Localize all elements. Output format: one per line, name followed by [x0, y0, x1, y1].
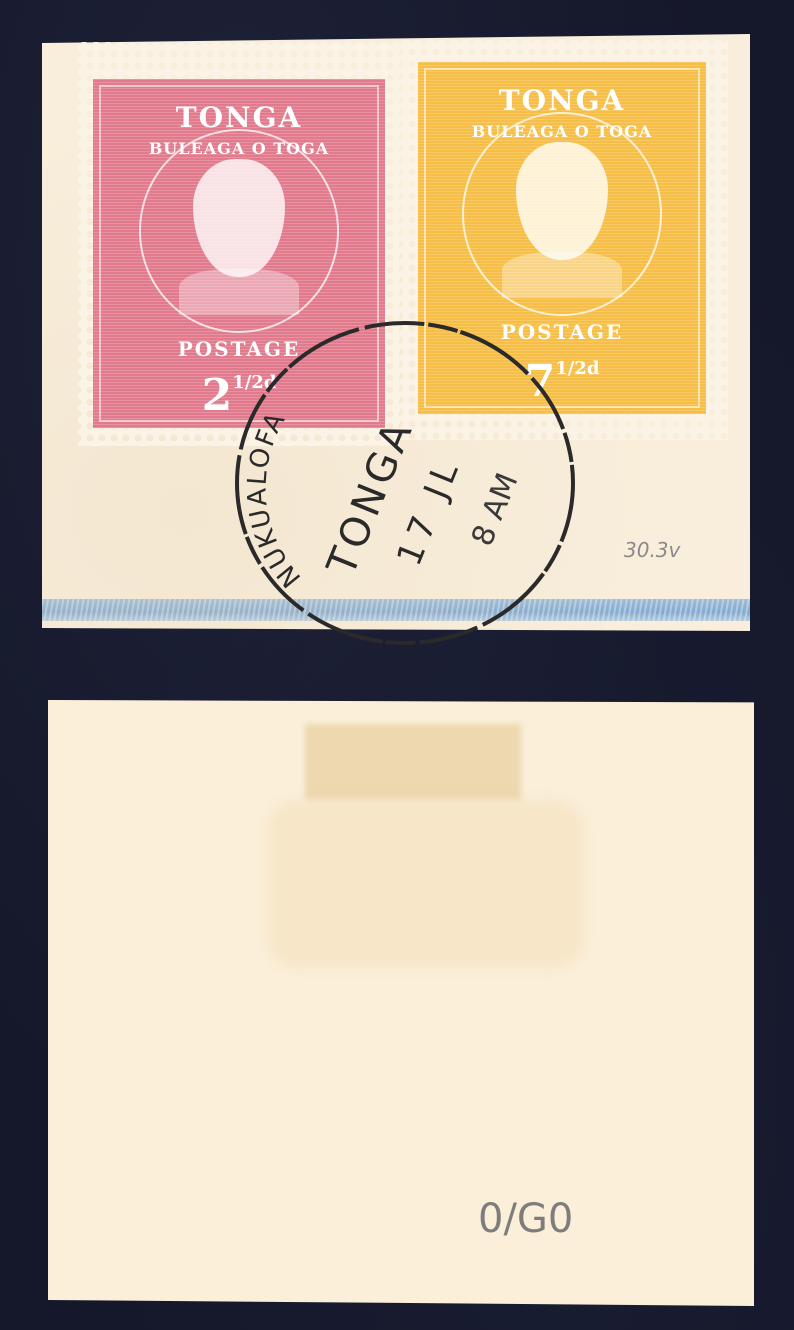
stamp-postage-label: POSTAGE — [418, 320, 706, 344]
stamp-value: 71/2d — [418, 360, 706, 404]
portrait-collar — [502, 252, 622, 298]
stamp-pink: TONGA BULEAGA O TOGA POSTAGE 21/2d — [78, 42, 400, 446]
pencil-note-front: 30.3v — [624, 538, 680, 562]
stamp-country: TONGA — [93, 101, 385, 134]
blue-crayon-line — [42, 599, 750, 621]
pencil-note-back: 0/G0 — [478, 1196, 573, 1242]
stamp-design: TONGA BULEAGA O TOGA POSTAGE 21/2d — [93, 79, 385, 428]
portrait-collar — [179, 269, 299, 315]
stamp-yellow: TONGA BULEAGA O TOGA POSTAGE 71/2d — [400, 40, 728, 440]
stamp-design: TONGA BULEAGA O TOGA POSTAGE 71/2d — [418, 62, 706, 414]
stamp-inscription: BULEAGA O TOGA — [418, 122, 706, 141]
stamp-value: 21/2d — [93, 374, 385, 418]
hinge-remnant — [305, 724, 521, 800]
stamp-country: TONGA — [418, 84, 706, 117]
hinge-stain — [268, 800, 584, 968]
stamp-postage-label: POSTAGE — [93, 337, 385, 361]
stamp-inscription: BULEAGA O TOGA — [93, 139, 385, 158]
